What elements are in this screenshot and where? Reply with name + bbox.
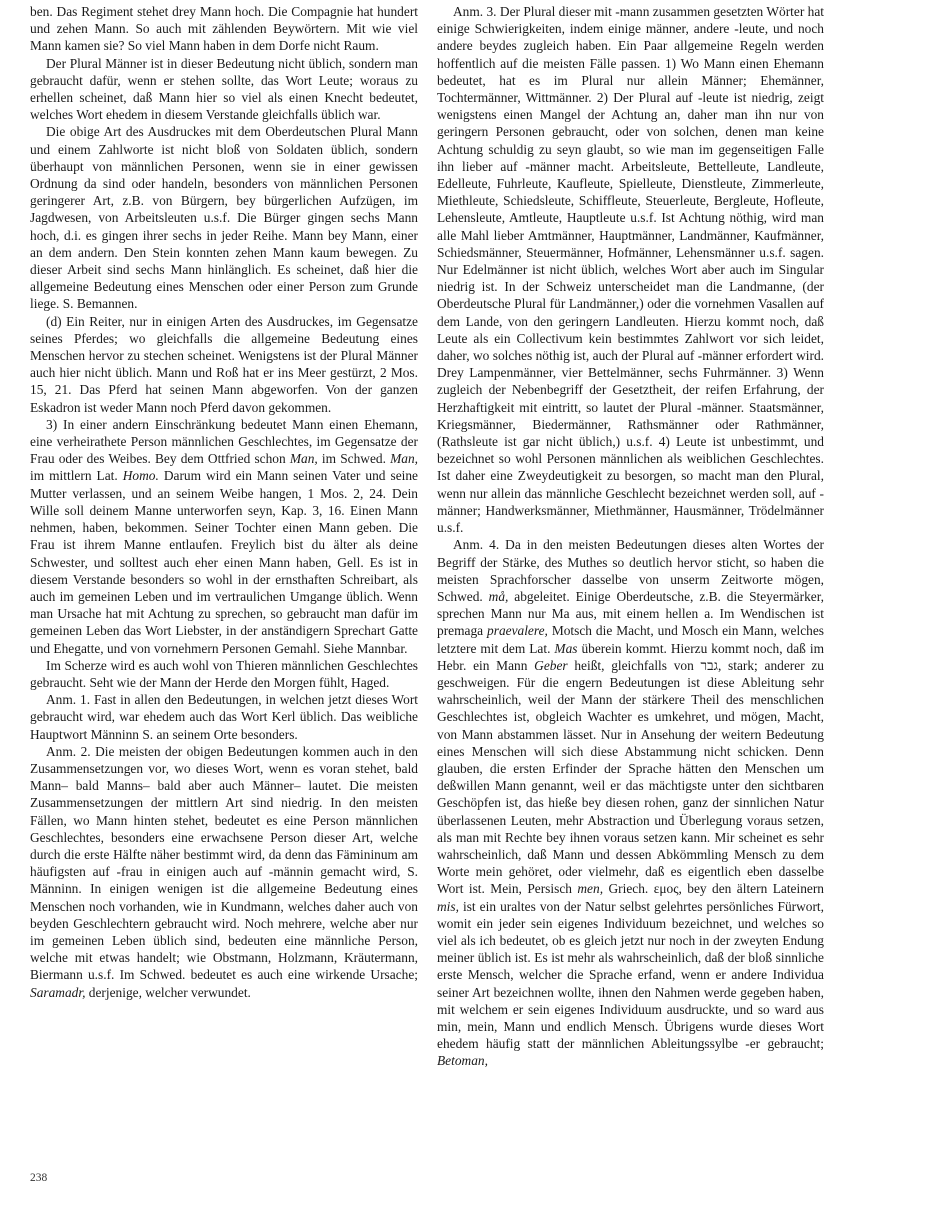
italic-term: Geber (534, 658, 567, 673)
italic-term: Mas (554, 641, 577, 656)
paragraph: Anm. 3. Der Plural dieser mit -mann zusa… (437, 3, 824, 536)
paragraph: Anm. 2. Die meisten der obigen Bedeutung… (30, 743, 418, 1001)
italic-term: Homo. (123, 468, 159, 483)
dictionary-page: ben. Das Regiment stehet drey Mann hoch.… (0, 0, 935, 1210)
italic-term: mis, (437, 899, 459, 914)
right-column: Anm. 3. Der Plural dieser mit -mann zusa… (437, 3, 824, 1070)
paragraph: Anm. 1. Fast in allen den Bedeutungen, i… (30, 691, 418, 743)
paragraph: (d) Ein Reiter, nur in einigen Arten des… (30, 313, 418, 416)
paragraph: Der Plural Männer ist in dieser Bedeutun… (30, 55, 418, 124)
paragraph: 3) In einer andern Einschränkung bedeute… (30, 416, 418, 657)
left-column: ben. Das Regiment stehet drey Mann hoch.… (30, 3, 418, 1001)
paragraph: Anm. 4. Da in den meisten Bedeutungen di… (437, 536, 824, 1069)
italic-term: Man, (390, 451, 418, 466)
italic-term: må, (489, 589, 509, 604)
paragraph: Die obige Art des Ausdruckes mit dem Obe… (30, 123, 418, 312)
page-number: 238 (30, 1171, 47, 1185)
italic-term: Betoman, (437, 1053, 488, 1068)
italic-term: Man, (290, 451, 318, 466)
paragraph: Im Scherze wird es auch wohl von Thieren… (30, 657, 418, 691)
italic-term: praevalere, (487, 623, 548, 638)
italic-term: men, (577, 881, 603, 896)
italic-term: Saramadr, (30, 985, 85, 1000)
paragraph: ben. Das Regiment stehet drey Mann hoch.… (30, 3, 418, 55)
